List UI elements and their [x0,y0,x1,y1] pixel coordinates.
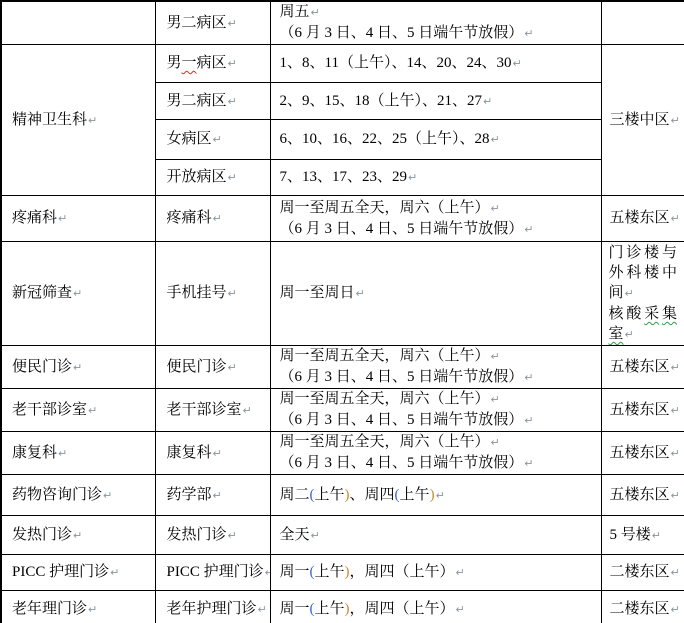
paragraph-mark-icon: ↵ [671,114,680,127]
cell-line: （6 月 3 日、4 日、5 日端午节放假）↵ [280,453,597,474]
cell-line: 男二病区↵ [167,91,270,112]
location-cell: 五楼东区↵ [601,196,684,242]
cell-line: PICC 护理门诊↵ [12,562,155,583]
paragraph-mark-icon: ↵ [671,361,680,374]
paragraph-mark-icon: ↵ [356,287,365,300]
cell-line: （6 月 3 日、4 日、5 日端午节放假）↵ [280,23,597,44]
paragraph-mark-icon: ↵ [213,212,222,225]
paragraph-mark-icon: ↵ [103,489,112,502]
schedule-cell: 2、9、15、18（上午）、21、27↵ [270,83,601,120]
paragraph-mark-icon: ↵ [228,95,237,108]
paragraph-mark-icon: ↵ [408,171,417,184]
table-row: 便民门诊↵便民门诊↵周一至周五全天，周六（上午）↵（6 月 3 日、4 日、5 … [1,346,684,389]
paragraph-mark-icon: ↵ [671,566,680,579]
paragraph-mark-icon: ↵ [625,328,634,341]
paragraph-mark-icon: ↵ [483,95,492,108]
paragraph-mark-icon: ↵ [228,171,237,184]
cell-line: 精神卫生科↵ [12,110,155,131]
paragraph-mark-icon: ↵ [88,404,97,417]
department-cell: 老年理门诊↵ [1,591,155,623]
ward-cell: 药学部↵ [155,475,270,516]
cell-line: 三楼中区↵ [610,110,679,131]
location-cell: 五楼东区↵ [601,432,684,475]
cell-line: 老年理门诊↵ [12,599,155,620]
table-body: 男二病区↵周五↵（6 月 3 日、4 日、5 日端午节放假）↵精神卫生科↵男一病… [1,1,684,623]
location-cell: 门诊楼与外科楼中间↵核酸采集室↵ [601,242,684,346]
ward-cell: 老年护理门诊↵ [155,591,270,623]
cell-line: 周二(上午)、周四(上午)↵ [280,485,597,506]
schedule-cell: 周一至周五全天，周六（上午）↵（6 月 3 日、4 日、5 日端午节放假）↵ [270,196,601,242]
ward-cell: 男二病区↵ [155,83,270,120]
cell-line: 7、13、17、23、29↵ [280,167,597,188]
department-cell: 便民门诊↵ [1,346,155,389]
table-row: 老干部诊室↵老干部诊室↵周一至周五全天，周六（上午）↵（6 月 3 日、4 日、… [1,389,684,432]
paragraph-mark-icon: ↵ [311,6,320,19]
location-cell: 五楼东区↵ [601,475,684,516]
table-row: 男二病区↵周五↵（6 月 3 日、4 日、5 日端午节放假）↵ [1,1,684,45]
cell-line: 6、10、16、22、25（上午）、28↵ [280,129,597,150]
cell-line: （6 月 3 日、4 日、5 日端午节放假）↵ [280,367,597,388]
department-cell: 老干部诊室↵ [1,389,155,432]
cell-line: （6 月 3 日、4 日、5 日端午节放假）↵ [280,410,597,431]
cell-line: 疼痛科↵ [12,208,155,229]
department-cell [1,1,155,45]
location-cell: 五楼东区↵ [601,389,684,432]
paragraph-mark-icon: ↵ [213,133,222,146]
cell-line: 5 号楼↵ [610,525,679,546]
table-row: 精神卫生科↵男一病区↵1、8、11（上午）、14、20、24、30↵三楼中区↵ [1,45,684,83]
ward-cell: 手机挂号↵ [155,242,270,346]
clinic-schedule-table: 男二病区↵周五↵（6 月 3 日、4 日、5 日端午节放假）↵精神卫生科↵男一病… [0,0,684,623]
ward-cell: 疼痛科↵ [155,196,270,242]
schedule-cell: 周五↵（6 月 3 日、4 日、5 日端午节放假）↵ [270,1,601,45]
cell-line: 老年护理门诊↵ [167,599,270,620]
ward-cell: 老干部诊室↵ [155,389,270,432]
paragraph-mark-icon: ↵ [512,57,521,70]
department-cell: 疼痛科↵ [1,196,155,242]
paragraph-mark-icon: ↵ [491,393,500,406]
cell-line: 康复科↵ [12,443,155,464]
paragraph-mark-icon: ↵ [213,447,222,460]
cell-line: 周一至周五全天，周六（上午）↵ [280,432,597,453]
ward-cell: 发热门诊↵ [155,516,270,555]
paragraph-mark-icon: ↵ [524,457,533,470]
paragraph-mark-icon: ↵ [491,436,500,449]
paragraph-mark-icon: ↵ [73,361,82,374]
location-cell: 三楼中区↵ [601,45,684,196]
paragraph-mark-icon: ↵ [228,57,237,70]
cell-line: 药物咨询门诊↵ [12,485,155,506]
cell-line: 开放病区↵ [167,167,270,188]
paragraph-mark-icon: ↵ [243,404,252,417]
department-cell: 发热门诊↵ [1,516,155,555]
paragraph-mark-icon: ↵ [228,361,237,374]
table-row: 康复科↵康复科↵周一至周五全天，周六（上午）↵（6 月 3 日、4 日、5 日端… [1,432,684,475]
paragraph-mark-icon: ↵ [58,212,67,225]
paragraph-mark-icon: ↵ [58,447,67,460]
department-cell: 康复科↵ [1,432,155,475]
paragraph-mark-icon: ↵ [671,404,680,417]
cell-line: 周一(上午)，周四（上午）↵ [280,562,597,583]
ward-cell: 女病区↵ [155,120,270,160]
paragraph-mark-icon: ↵ [491,350,500,363]
cell-line: 五楼东区↵ [610,485,679,506]
paragraph-mark-icon: ↵ [671,489,680,502]
cell-line: 康复科↵ [167,443,270,464]
location-line: 门诊楼与 [609,243,678,263]
schedule-cell: 周一至周五全天，周六（上午）↵（6 月 3 日、4 日、5 日端午节放假）↵ [270,346,601,389]
location-line: 核酸采集 [609,304,678,324]
schedule-cell: 7、13、17、23、29↵ [270,160,601,196]
schedule-cell: 1、8、11（上午）、14、20、24、30↵ [270,45,601,83]
location-line: 外科楼中 [609,263,678,283]
paragraph-mark-icon: ↵ [456,603,465,616]
paragraph-mark-icon: ↵ [311,529,320,542]
cell-line: 五楼东区↵ [610,443,679,464]
cell-line: 1、8、11（上午）、14、20、24、30↵ [280,53,597,74]
table-row: PICC 护理门诊↵PICC 护理门诊↵周一(上午)，周四（上午）↵二楼东区↵ [1,555,684,591]
cell-line: 便民门诊↵ [12,357,155,378]
schedule-cell: 6、10、16、22、25（上午）、28↵ [270,120,601,160]
department-cell: PICC 护理门诊↵ [1,555,155,591]
paragraph-mark-icon: ↵ [228,287,237,300]
paragraph-mark-icon: ↵ [73,529,82,542]
cell-line: 手机挂号↵ [167,283,270,304]
paragraph-mark-icon: ↵ [265,566,270,579]
schedule-cell: 全天↵ [270,516,601,555]
paragraph-mark-icon: ↵ [88,603,97,616]
paragraph-mark-icon: ↵ [258,603,267,616]
paragraph-mark-icon: ↵ [671,212,680,225]
schedule-cell: 周二(上午)、周四(上午)↵ [270,475,601,516]
cell-line: 女病区↵ [167,129,270,150]
cell-line: 周一至周五全天，周六（上午）↵ [280,346,597,367]
schedule-cell: 周一至周日↵ [270,242,601,346]
paragraph-mark-icon: ↵ [228,529,237,542]
paragraph-mark-icon: ↵ [625,287,634,300]
table-row: 药物咨询门诊↵药学部↵周二(上午)、周四(上午)↵五楼东区↵ [1,475,684,516]
schedule-cell: 周一(上午)，周四（上午）↵ [270,591,601,623]
cell-line: 老干部诊室↵ [167,400,270,421]
paragraph-mark-icon: ↵ [671,603,680,616]
cell-line: 老干部诊室↵ [12,400,155,421]
cell-line: 便民门诊↵ [167,357,270,378]
cell-line: 五楼东区↵ [610,357,679,378]
cell-line: 五楼东区↵ [610,208,679,229]
ward-cell: 康复科↵ [155,432,270,475]
document-page: 男二病区↵周五↵（6 月 3 日、4 日、5 日端午节放假）↵精神卫生科↵男一病… [0,0,684,623]
ward-cell: PICC 护理门诊↵ [155,555,270,591]
paragraph-mark-icon: ↵ [88,114,97,127]
ward-cell: 便民门诊↵ [155,346,270,389]
schedule-cell: 周一至周五全天，周六（上午）↵（6 月 3 日、4 日、5 日端午节放假）↵ [270,432,601,475]
paragraph-mark-icon: ↵ [524,223,533,236]
table-row: 疼痛科↵疼痛科↵周一至周五全天，周六（上午）↵（6 月 3 日、4 日、5 日端… [1,196,684,242]
cell-line: 周一至周五全天，周六（上午）↵ [280,389,597,410]
cell-line: 周一至周日↵ [280,283,597,304]
cell-line: 周五↵ [280,2,597,23]
schedule-cell: 周一(上午)，周四（上午）↵ [270,555,601,591]
cell-line: （6 月 3 日、4 日、5 日端午节放假）↵ [280,219,597,240]
table-row: 新冠筛查↵手机挂号↵周一至周日↵门诊楼与外科楼中间↵核酸采集室↵ [1,242,684,346]
department-cell: 药物咨询门诊↵ [1,475,155,516]
ward-cell: 开放病区↵ [155,160,270,196]
location-cell [601,1,684,45]
paragraph-mark-icon: ↵ [491,202,500,215]
ward-cell: 男一病区↵ [155,45,270,83]
location-line: 室↵ [609,324,678,345]
paragraph-mark-icon: ↵ [228,17,237,30]
location-cell: 二楼东区↵ [601,591,684,623]
paragraph-mark-icon: ↵ [524,27,533,40]
halfwidth-close-paren: ) [430,487,435,503]
cell-line: PICC 护理门诊↵ [167,562,270,583]
cell-line: 疼痛科↵ [167,208,270,229]
department-cell: 新冠筛查↵ [1,242,155,346]
cell-line: 2、9、15、18（上午）、21、27↵ [280,91,597,112]
location-cell: 五楼东区↵ [601,346,684,389]
paragraph-mark-icon: ↵ [213,489,222,502]
cell-line: 发热门诊↵ [12,525,155,546]
paragraph-mark-icon: ↵ [456,566,465,579]
paragraph-mark-icon: ↵ [110,566,119,579]
cell-line: 五楼东区↵ [610,400,679,421]
schedule-cell: 周一至周五全天，周六（上午）↵（6 月 3 日、4 日、5 日端午节放假）↵ [270,389,601,432]
cell-line: 周一(上午)，周四（上午）↵ [280,599,597,620]
cell-line: 药学部↵ [167,485,270,506]
cell-line: 发热门诊↵ [167,525,270,546]
cell-line: 全天↵ [280,525,597,546]
paragraph-mark-icon: ↵ [73,287,82,300]
cell-line: 新冠筛查↵ [12,283,155,304]
cell-line: 男二病区↵ [167,13,270,34]
table-row: 老年理门诊↵老年护理门诊↵周一(上午)，周四（上午）↵二楼东区↵ [1,591,684,623]
cell-line: 二楼东区↵ [610,599,679,620]
location-cell: 5 号楼↵ [601,516,684,555]
paragraph-mark-icon: ↵ [652,529,661,542]
cell-line: 男一病区↵ [167,53,270,74]
paragraph-mark-icon: ↵ [671,447,680,460]
cell-line: 周一至周五全天，周六（上午）↵ [280,198,597,219]
paragraph-mark-icon: ↵ [436,489,445,502]
ward-cell: 男二病区↵ [155,1,270,45]
cell-line: 二楼东区↵ [610,562,679,583]
table-row: 发热门诊↵发热门诊↵全天↵5 号楼↵ [1,516,684,555]
paragraph-mark-icon: ↵ [524,414,533,427]
paragraph-mark-icon: ↵ [491,133,500,146]
location-line: 间↵ [609,283,678,304]
paragraph-mark-icon: ↵ [524,371,533,384]
location-cell: 二楼东区↵ [601,555,684,591]
department-cell: 精神卫生科↵ [1,45,155,196]
